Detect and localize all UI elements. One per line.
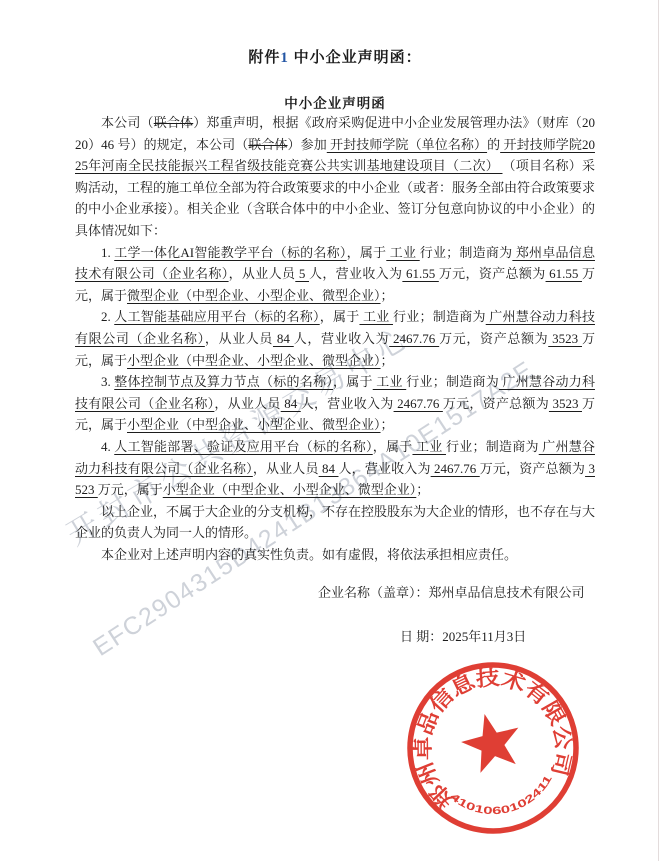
item-paragraph-1: 1. 工学一体化AI智能教学平台（标的名称），属于 工业 行业；制造商为 郑州卓… xyxy=(75,242,595,307)
signature-company-label: 企业名称（盖章）： xyxy=(318,585,429,600)
doc-title: 中小企业声明函 xyxy=(75,92,595,112)
intro-paragraph: 本公司（联合体）郑重声明，根据《政府采购促进中小企业发展管理办法》（财库（202… xyxy=(75,112,595,242)
item-paragraph-2: 2. 人工智能基础应用平台（标的名称），属于 工业 行业；制造商为 广州慧谷动力… xyxy=(75,306,595,371)
closing-paragraph-2: 本企业对上述声明内容的真实性负责。如有虚假，将依法承担相应责任。 xyxy=(75,544,595,566)
document-content: 附件1 中小企业声明函： 中小企业声明函 本公司（联合体）郑重声明，根据《政府采… xyxy=(75,0,595,648)
signature-date-line: 日 期：2025年11月3日 xyxy=(400,626,595,648)
company-seal: 郑州卓品信息技术有限公司 4101060102411 xyxy=(384,639,602,857)
seal-ring xyxy=(392,647,593,848)
signature-date-label: 日 期： xyxy=(400,629,442,644)
page-edge-line xyxy=(658,0,659,861)
item-paragraph-4: 4. 人工智能部署、验证及应用平台（标的名称），属于 工业 行业；制造商为 广州… xyxy=(75,436,595,501)
item-paragraph-3: 3. 整体控制节点及算力节点（标的名称），属于 工业 行业；制造商为 广州慧谷动… xyxy=(75,371,595,436)
signature-date-value: 2025年11月3日 xyxy=(442,629,526,644)
attachment-heading: 附件1 中小企业声明函： xyxy=(75,46,595,67)
seal-company-text: 郑州卓品信息技术有限公司 xyxy=(393,648,585,818)
svg-text:郑州卓品信息技术有限公司: 郑州卓品信息技术有限公司 xyxy=(393,648,585,818)
document-page: 开封市公共资源交易中心 EFC2904315D4241B13864A10E151… xyxy=(0,0,664,861)
signature-company-name: 郑州卓品信息技术有限公司 xyxy=(429,585,585,600)
closing-paragraph-1: 以上企业，不属于大企业的分支机构，不存在控股股东为大企业的情形，也不存在与大企业… xyxy=(75,501,595,544)
signature-company-line: 企业名称（盖章）：郑州卓品信息技术有限公司 xyxy=(318,582,595,604)
seal-star-icon xyxy=(456,707,527,776)
svg-text:4101060102411: 4101060102411 xyxy=(446,767,561,829)
seal-serial-text: 4101060102411 xyxy=(446,767,561,829)
